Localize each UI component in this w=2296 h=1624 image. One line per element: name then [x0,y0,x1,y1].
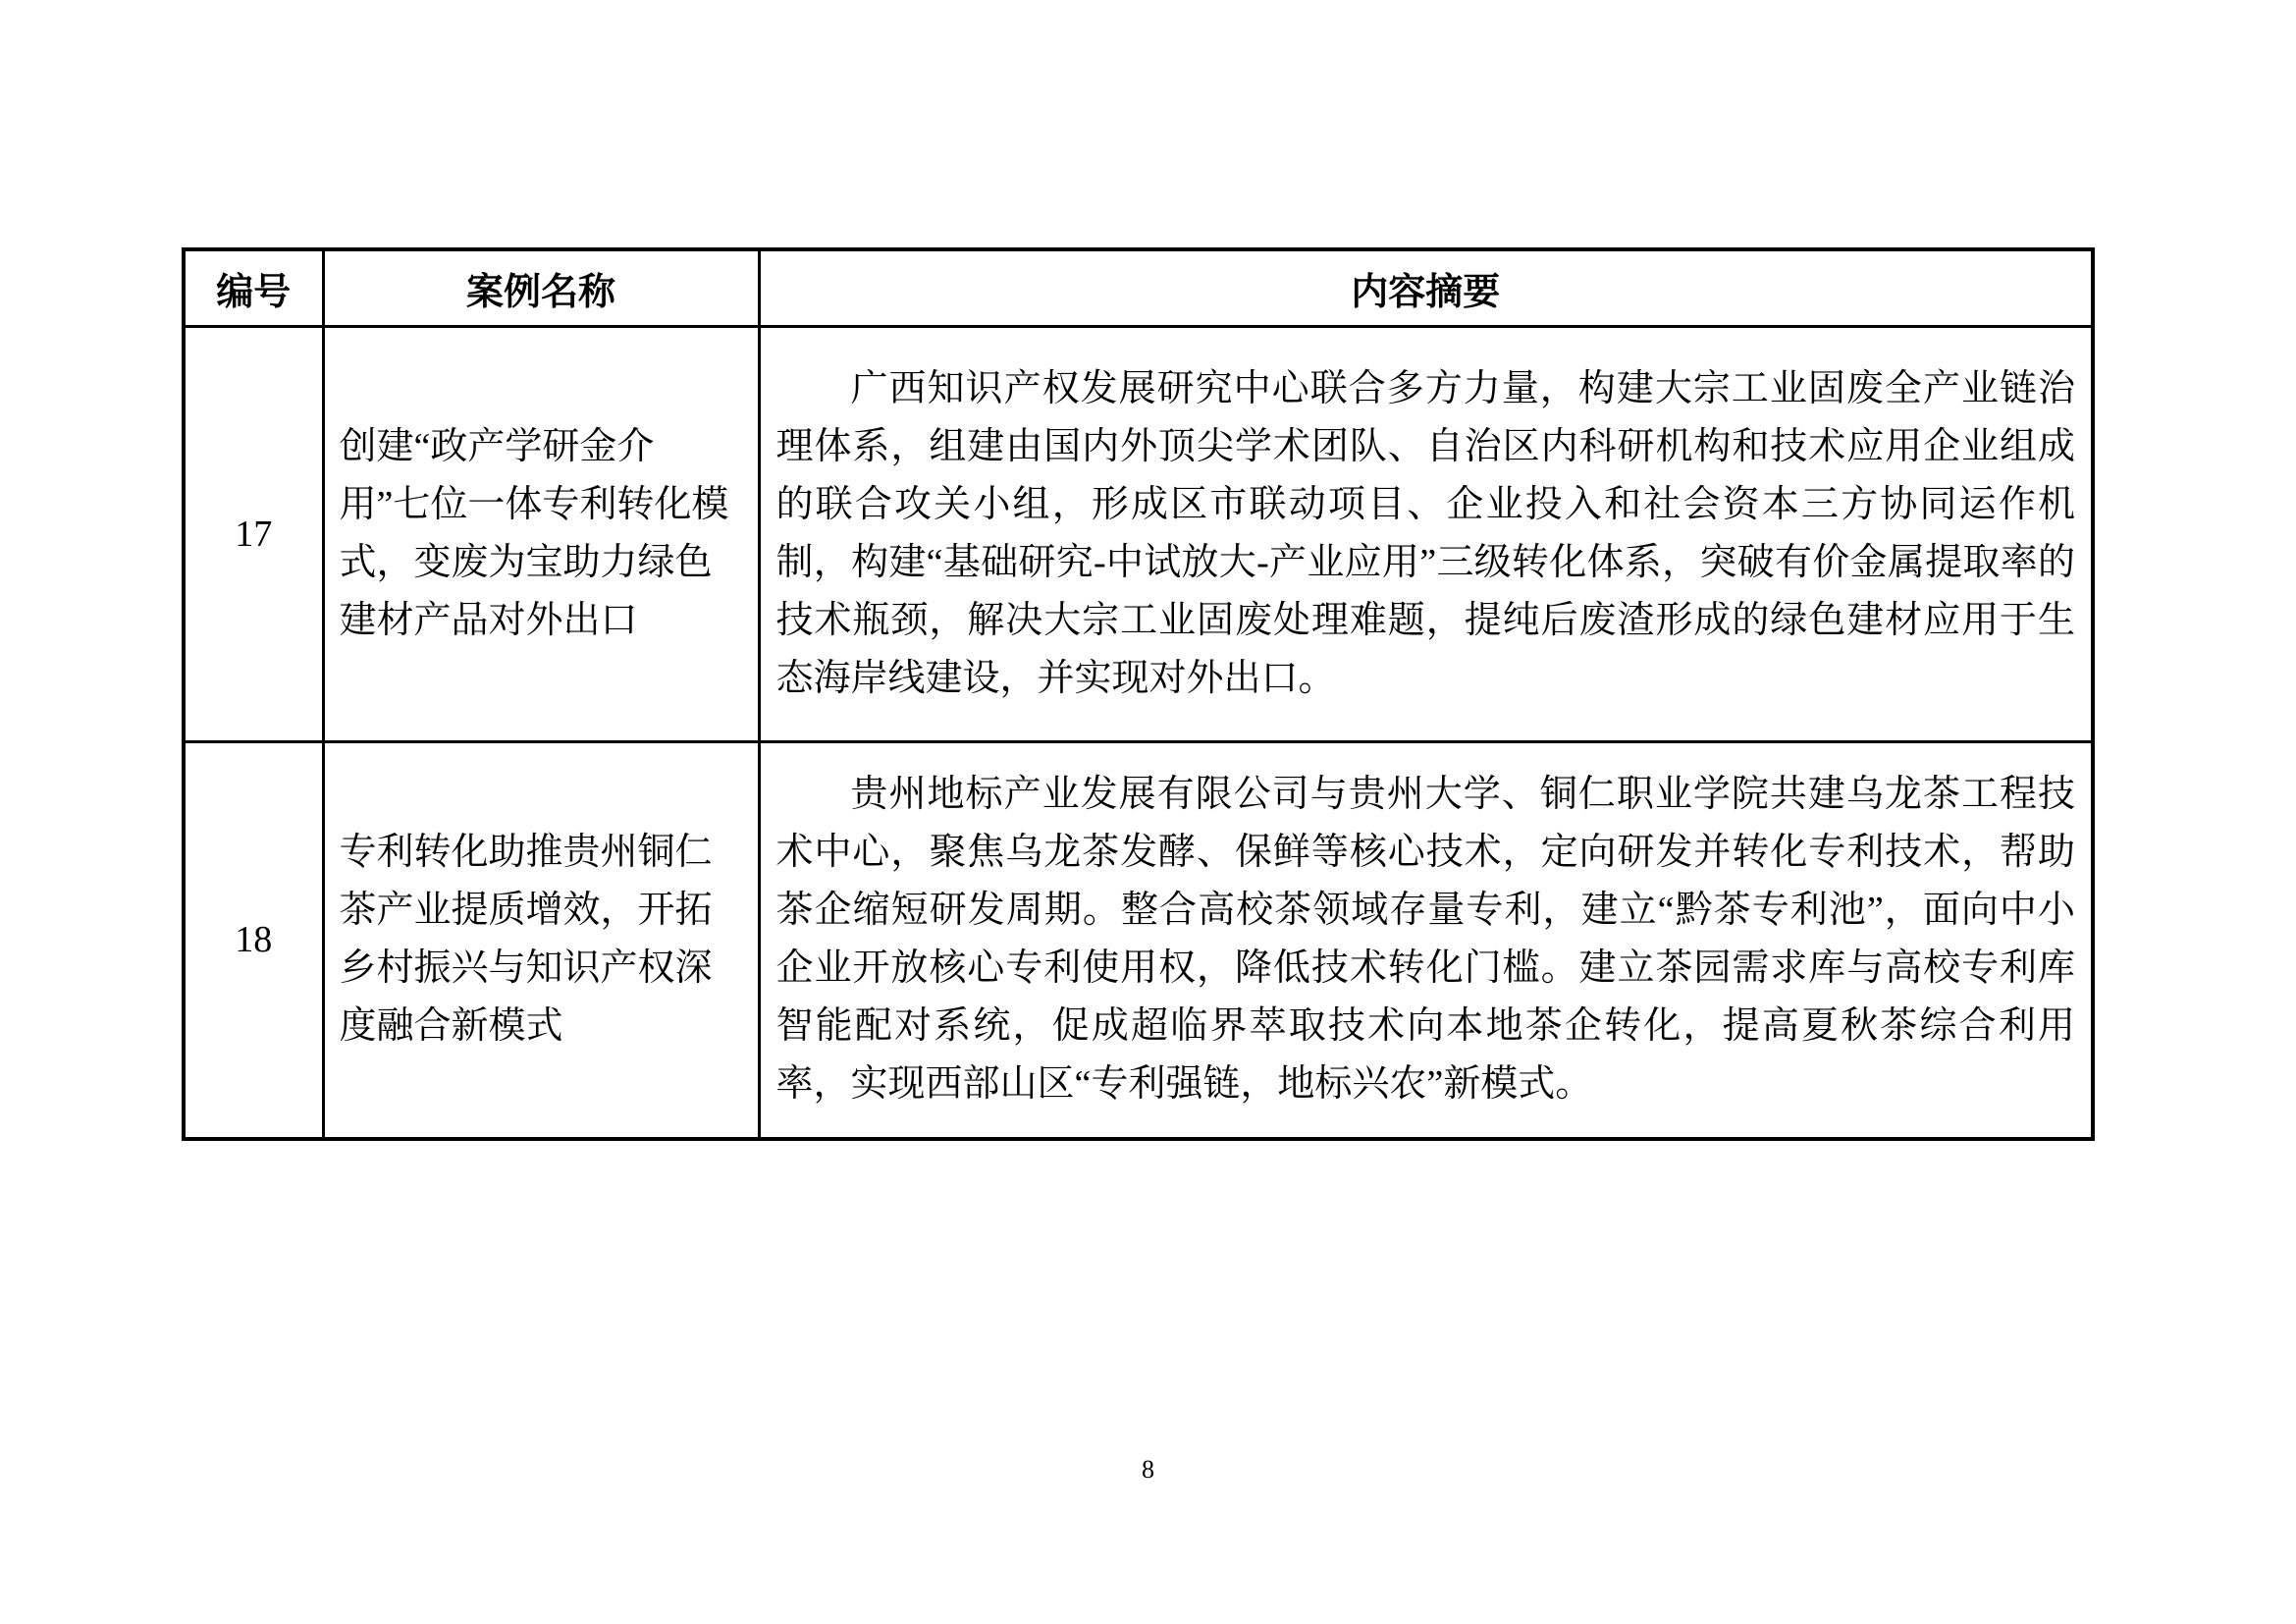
cases-table: 编号 案例名称 内容摘要 17 创建“政产学研金介用”七位一体专利转化模式，变废… [182,247,2095,1141]
table-row: 17 创建“政产学研金介用”七位一体专利转化模式，变废为宝助力绿色建材产品对外出… [184,326,2093,741]
case-summary-paragraph: 贵州地标产业发展有限公司与贵州大学、铜仁职业学院共建乌龙茶工程技术中心，聚焦乌龙… [776,766,2076,1113]
case-summary-paragraph: 广西知识产权发展研究中心联合多方力量，构建大宗工业固废全产业链治理体系，组建由国… [776,360,2076,708]
case-summary-cell: 广西知识产权发展研究中心联合多方力量，构建大宗工业固废全产业链治理体系，组建由国… [759,326,2093,741]
case-name-cell: 专利转化助推贵州铜仁茶产业提质增效，开拓乡村振兴与知识产权深度融合新模式 [323,741,759,1139]
header-number: 编号 [184,249,323,326]
table-header-row: 编号 案例名称 内容摘要 [184,249,2093,326]
header-summary: 内容摘要 [759,249,2093,326]
page-number: 8 [0,1455,2296,1485]
document-page: 编号 案例名称 内容摘要 17 创建“政产学研金介用”七位一体专利转化模式，变废… [0,0,2296,1624]
table-row: 18 专利转化助推贵州铜仁茶产业提质增效，开拓乡村振兴与知识产权深度融合新模式 … [184,741,2093,1139]
case-number-cell: 18 [184,741,323,1139]
case-summary-cell: 贵州地标产业发展有限公司与贵州大学、铜仁职业学院共建乌龙茶工程技术中心，聚焦乌龙… [759,741,2093,1139]
header-case-name: 案例名称 [323,249,759,326]
case-number-cell: 17 [184,326,323,741]
case-name-cell: 创建“政产学研金介用”七位一体专利转化模式，变废为宝助力绿色建材产品对外出口 [323,326,759,741]
